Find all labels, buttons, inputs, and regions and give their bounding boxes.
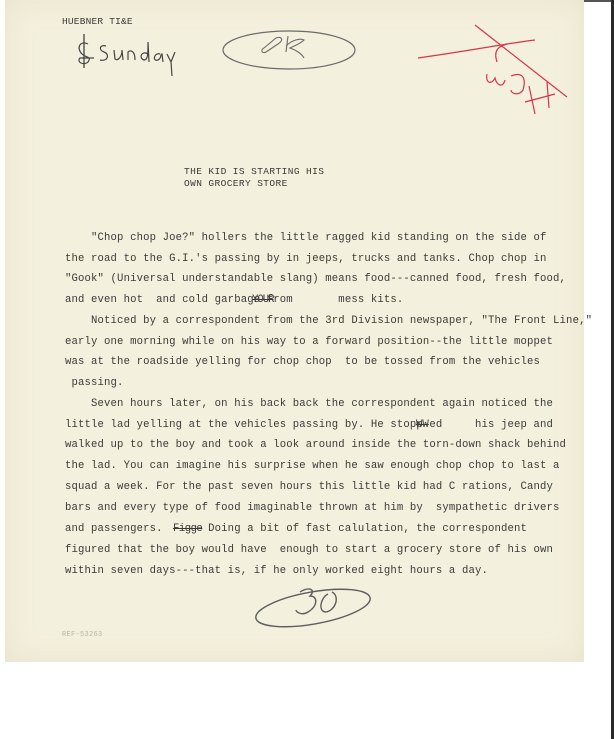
red-initials-wjh bbox=[415, 20, 575, 120]
body-line: little lad yelling at the vehicles passi… bbox=[65, 419, 553, 431]
body-line: the lad. You can imagine his surprise wh… bbox=[65, 460, 560, 472]
body-line: "Gook" (Universal understandable slang) … bbox=[65, 273, 566, 285]
circled-30-mark bbox=[252, 582, 377, 632]
body-line: walked up to the boy and took a look aro… bbox=[65, 439, 566, 451]
faint-stamp: REF-53263 bbox=[62, 631, 103, 639]
struck-out-word: YOUR bbox=[252, 294, 273, 306]
body-line: Noticed by a correspondent from the 3rd … bbox=[65, 315, 592, 327]
struck-out-word: WW bbox=[416, 419, 429, 431]
body-line: and passengers. Doing a bit of fast calu… bbox=[65, 523, 527, 535]
body-line: within seven days---that is, if he only … bbox=[65, 565, 488, 577]
body-line: figured that the boy would have enough t… bbox=[65, 544, 553, 556]
scanner-edge bbox=[584, 0, 614, 2]
story-title-line-2: OWN GROCERY STORE bbox=[184, 178, 288, 189]
circled-ok-mark bbox=[220, 28, 360, 73]
body-line: bars and every type of food imaginable t… bbox=[65, 502, 560, 514]
body-line: Seven hours later, on his back back the … bbox=[65, 398, 553, 410]
body-line: was at the roadside yelling for chop cho… bbox=[65, 356, 540, 368]
body-line: passing. bbox=[65, 377, 124, 389]
header-code: HUEBNER TI&E bbox=[62, 16, 133, 27]
body-line: the road to the G.I.'s passing by in jee… bbox=[65, 253, 547, 265]
body-line: early one morning while on his way to a … bbox=[65, 336, 553, 348]
body-line: "Chop chop Joe?" hollers the little ragg… bbox=[65, 232, 547, 244]
body-line: and even hot and cold garbage from mess … bbox=[65, 294, 403, 306]
struck-out-word: Figge bbox=[173, 523, 202, 535]
body-line: squad a week. For the past seven hours t… bbox=[65, 481, 553, 493]
story-title-line-1: THE KID IS STARTING HIS bbox=[184, 166, 324, 177]
handwritten-sunday bbox=[72, 32, 182, 82]
